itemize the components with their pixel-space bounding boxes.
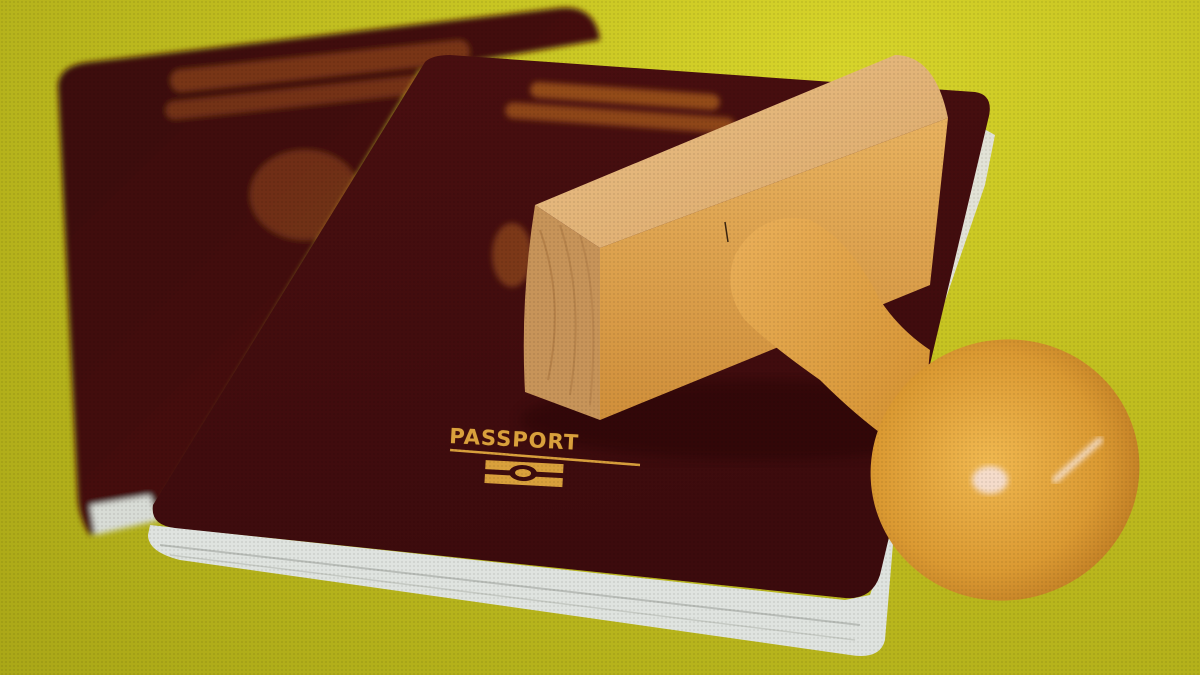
photo-scene: PASSPORT (0, 0, 1200, 675)
scene-illustration (0, 0, 1200, 675)
